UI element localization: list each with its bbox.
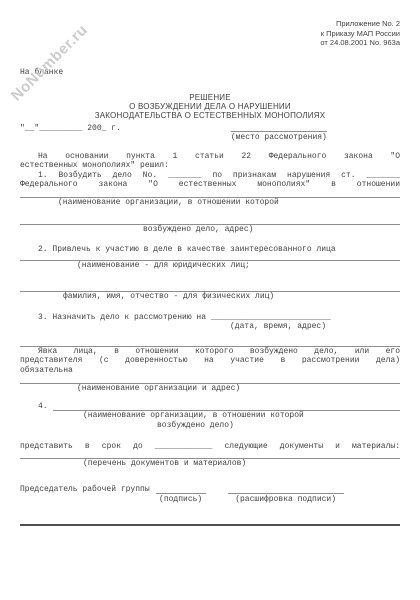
clause4-row: 4. [20, 402, 400, 412]
page-divider [20, 524, 400, 526]
document-page: NoNumber.ru Приложение No. 2 к Приказу М… [0, 0, 420, 600]
signature-row: Председатель рабочей группы (подпись) (р… [20, 485, 400, 505]
deadline-line: представить в срок до ____________ следу… [20, 442, 400, 452]
place-blank-line [231, 124, 327, 132]
attendance-line-2: представителя (с доверенностью на участи… [20, 356, 400, 366]
attendance-line-3: обязательна [20, 366, 400, 376]
signature-field: (подпись) [156, 485, 206, 505]
intro-line-2: естественных монополиях" решил: [20, 161, 400, 171]
title-line-3: ЗАКОНОДАТЕЛЬСТВА О ЕСТЕСТВЕННЫХ МОНОПОЛИ… [20, 111, 400, 120]
clause1-line-1: 1. Возбудить дело No. _______ по признак… [20, 171, 400, 181]
title-line-2: О ВОЗБУЖДЕНИИ ДЕЛА О НАРУШЕНИИ [20, 102, 400, 111]
signature-caption: (подпись) [156, 495, 206, 505]
place-field: (место рассмотрения) [231, 124, 327, 143]
clause1-caption-2: возбуждено дело, адрес) [20, 225, 400, 235]
clause3-caption: (дата, время, адрес) [20, 322, 400, 332]
clause2-line: 2. Привлечь к участию в деле в качестве … [20, 245, 400, 255]
letterhead-note: На бланке [20, 68, 400, 78]
clause3-line: 3. Назначить дело к рассмотрению на ____… [20, 313, 400, 323]
signature-blank-line [156, 485, 206, 494]
deadline-caption: (перечень документов и материалов) [20, 459, 400, 469]
intro-line-1: На основании пункта 1 статьи 22 Федераль… [20, 152, 400, 162]
date-row: "__"_________ 200_ г. (место рассмотрени… [20, 124, 400, 143]
annex-line-1: Приложение No. 2 [20, 19, 400, 29]
signature-name-field: (расшифровка подписи) [228, 485, 344, 505]
clause1-line-2: Федерального закона "О естественных моно… [20, 180, 400, 190]
document-title: РЕШЕНИЕ О ВОЗБУЖДЕНИИ ДЕЛА О НАРУШЕНИИ З… [20, 93, 400, 120]
annex-line-2: к Приказу МАП России [20, 29, 400, 39]
signature-name-blank-line [228, 485, 344, 494]
attendance-caption: (наименование организации и адрес) [20, 384, 400, 394]
date-blank-line: "__"_________ 200_ г. [20, 124, 121, 134]
signature-name-caption: (расшифровка подписи) [228, 495, 344, 505]
clause4-caption-2: возбуждено дело) [20, 421, 400, 431]
clause4-caption-1: (наименование организации, в отношении к… [20, 411, 400, 421]
blank-line [53, 402, 400, 412]
clause4-number: 4. [20, 402, 48, 412]
attendance-line-1: Явка лица, в отношении которого возбужде… [20, 347, 400, 357]
clause1-caption-1: (наименование организации, в отношении к… [20, 198, 400, 208]
clause2-caption-1: (наименование - для юридических лиц; [20, 261, 400, 271]
annex-line-3: от 24.08.2001 No. 963а [20, 38, 400, 48]
annex-header: Приложение No. 2 к Приказу МАП России от… [20, 19, 400, 48]
signature-label: Председатель рабочей группы [20, 485, 150, 495]
place-caption: (место рассмотрения) [231, 133, 327, 143]
title-line-1: РЕШЕНИЕ [20, 93, 400, 102]
clause2-caption-2: фамилия, имя, отчество - для физических … [20, 292, 400, 302]
